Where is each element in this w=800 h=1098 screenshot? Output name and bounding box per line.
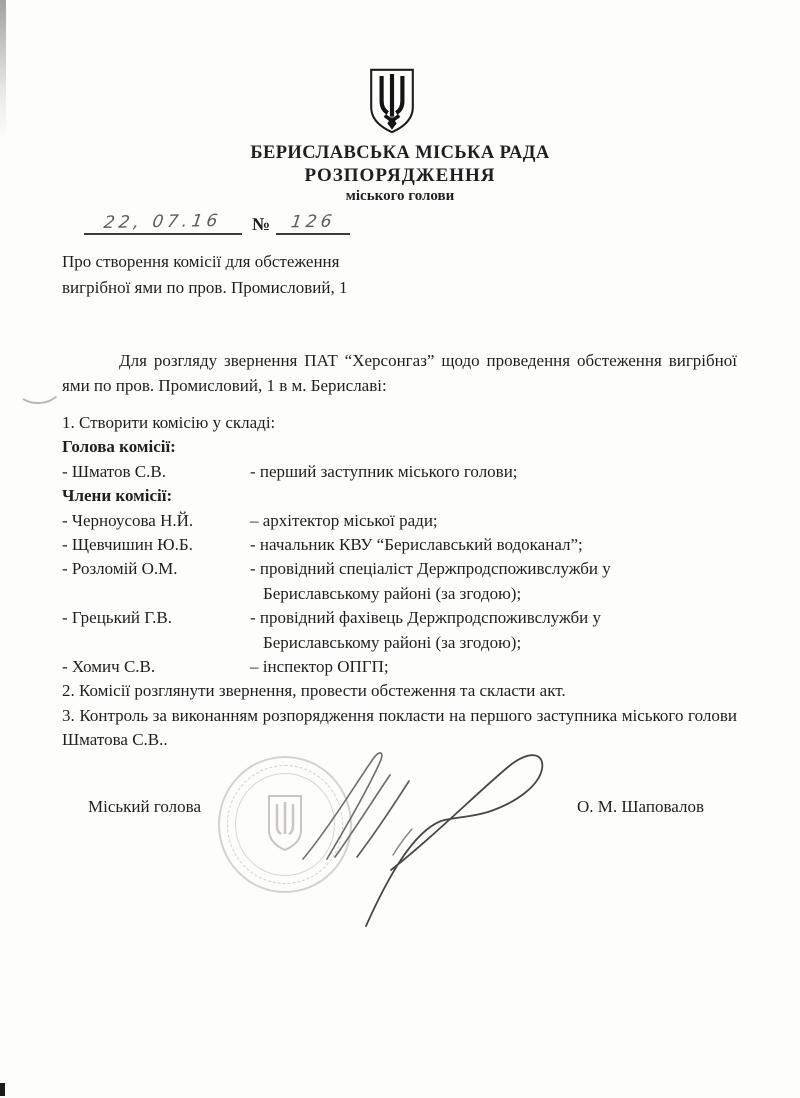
member-role-line-2: Бериславському районі (за згодою);: [250, 631, 737, 655]
member-name: - Розломій О.М.: [62, 557, 250, 606]
scanned-document-page: БЕРИСЛАВСЬКА МІСЬКА РАДА РОЗПОРЯДЖЕННЯ м…: [0, 0, 800, 1098]
member-row: - Черноусова Н.Й. – архітектор міської р…: [62, 509, 737, 533]
intro-paragraph: Для розгляду звернення ПАТ “Херсонгаз” щ…: [62, 348, 737, 398]
member-role-line-1: - провідний спеціаліст Держпродспоживслу…: [250, 559, 611, 578]
signer-name: О. М. Шаповалов: [577, 797, 704, 817]
order-points-list: 1. Створити комісію у складі: Голова ком…: [62, 411, 737, 753]
member-name: - Черноусова Н.Й.: [62, 509, 250, 533]
member-name: - Хомич С.В.: [62, 655, 250, 679]
member-row: - Хомич С.В. – інспектор ОПГП;: [62, 655, 737, 679]
member-row: - Щевчишин Ю.Б. - начальник КВУ “Берисла…: [62, 533, 737, 557]
member-role-line-1: - провідний фахівець Держпродспоживслужб…: [250, 608, 601, 627]
point-1: 1. Створити комісію у складі:: [62, 411, 737, 435]
handwritten-number: 126: [289, 212, 336, 233]
member-role: – архітектор міської ради;: [250, 509, 737, 533]
trident-emblem-icon: [366, 66, 418, 136]
member-role: - провідний фахівець Держпродспоживслужб…: [250, 606, 737, 655]
member-name: - Щевчишин Ю.Б.: [62, 533, 250, 557]
subject-block: Про створення комісії для обстеження виг…: [62, 249, 348, 300]
point-2: 2. Комісії розглянути звернення, провест…: [62, 679, 737, 703]
member-role: - начальник КВУ “Бериславський водоканал…: [250, 533, 737, 557]
subject-line-1: Про створення комісії для обстеження: [62, 249, 348, 275]
date-number-row: 22, 07.16 № 126: [84, 212, 350, 235]
signer-title: Міський голова: [88, 797, 201, 817]
number-field: 126: [276, 212, 350, 235]
member-role: - перший заступник міського голови;: [250, 460, 737, 484]
document-type-title: РОЗПОРЯДЖЕННЯ: [0, 165, 800, 187]
scan-edge-artifact: [0, 0, 6, 140]
handwritten-date: 22, 07.16: [103, 211, 223, 233]
member-role-line-2: Бериславському районі (за згодою);: [250, 582, 737, 606]
date-field: 22, 07.16: [84, 212, 242, 235]
organization-name: БЕРИСЛАВСЬКА МІСЬКА РАДА: [0, 143, 800, 164]
member-name: - Шматов С.В.: [62, 460, 250, 484]
commission-head-row: - Шматов С.В. - перший заступник міськог…: [62, 460, 737, 484]
subject-line-2: вигрібної ями по пров. Промисловий, 1: [62, 275, 348, 301]
member-row: - Розломій О.М. - провідний спеціаліст Д…: [62, 557, 737, 606]
stray-pen-arc-mark: [15, 370, 63, 405]
commission-members-label: Члени комісії:: [62, 484, 737, 508]
member-name: - Грецький Г.В.: [62, 606, 250, 655]
member-role: – інспектор ОПГП;: [250, 655, 737, 679]
document-issuer: міського голови: [0, 188, 800, 205]
number-sign-label: №: [252, 214, 270, 235]
scan-corner-mark: [0, 1083, 5, 1096]
commission-head-label: Голова комісії:: [62, 435, 737, 459]
member-role: - провідний спеціаліст Держпродспоживслу…: [250, 557, 737, 606]
member-row: - Грецький Г.В. - провідний фахівець Дер…: [62, 606, 737, 655]
signature-scribble: [293, 737, 553, 935]
